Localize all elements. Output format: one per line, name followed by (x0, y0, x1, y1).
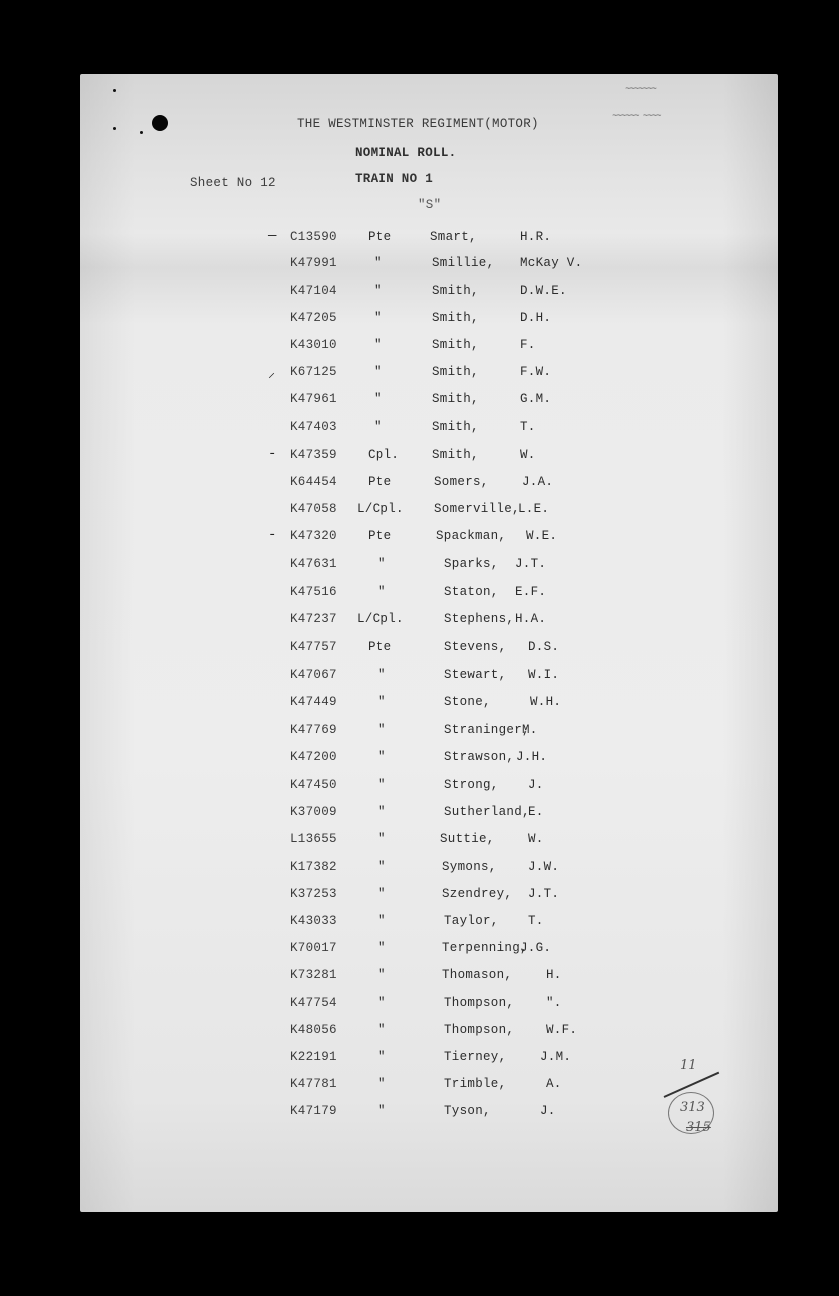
surname: Spackman, (436, 529, 506, 543)
surname: Symons, (442, 860, 497, 874)
roll-row: —C13590PteSmart,H.R. (0, 230, 839, 250)
service-number: K47359 (290, 448, 337, 462)
roll-row: K47991"Smillie,McKay V. (0, 256, 839, 276)
service-number: K47449 (290, 695, 337, 709)
rank: L/Cpl. (357, 502, 404, 516)
initials: W. (528, 832, 544, 846)
surname: Suttie, (440, 832, 495, 846)
rank: " (378, 996, 386, 1010)
roll-row: K43033"Taylor,T. (0, 914, 839, 934)
initials: T. (528, 914, 544, 928)
rank: " (374, 365, 382, 379)
service-number: K47991 (290, 256, 337, 270)
check-mark-icon: ⸝ (268, 363, 275, 382)
roll-row: K70017"Terpenning,J.G. (0, 941, 839, 961)
rank: Cpl. (368, 448, 399, 462)
speck (140, 131, 143, 134)
rank: " (374, 256, 382, 270)
service-number: K67125 (290, 365, 337, 379)
handwritten-note: ~~~~~~~ (625, 84, 656, 94)
initials: J.G. (520, 941, 551, 955)
service-number: K47058 (290, 502, 337, 516)
rank: " (374, 392, 382, 406)
service-number: C13590 (290, 230, 337, 244)
roll-row: K47516"Staton,E.F. (0, 585, 839, 605)
rank: " (374, 420, 382, 434)
initials: A. (546, 1077, 562, 1091)
initials: McKay V. (520, 256, 582, 270)
initials: W.E. (526, 529, 557, 543)
surname: Thompson, (444, 1023, 514, 1037)
roll-row: K47449"Stone,W.H. (0, 695, 839, 715)
surname: Szendrey, (442, 887, 512, 901)
roll-row: K47067"Stewart,W.I. (0, 668, 839, 688)
speck (113, 89, 116, 92)
rank: " (378, 805, 386, 819)
initials: J. (528, 778, 544, 792)
service-number: K73281 (290, 968, 337, 982)
rank: " (378, 750, 386, 764)
service-number: K47200 (290, 750, 337, 764)
surname: Smith, (432, 311, 479, 325)
rank: Pte (368, 475, 391, 489)
rank: " (378, 968, 386, 982)
initials: H. (546, 968, 562, 982)
initials: J.M. (540, 1050, 571, 1064)
service-number: K48056 (290, 1023, 337, 1037)
rank: " (378, 1104, 386, 1118)
service-number: K47781 (290, 1077, 337, 1091)
surname: Strawson, (444, 750, 514, 764)
rank: " (378, 557, 386, 571)
roll-row: K47403"Smith,T. (0, 420, 839, 440)
rank: " (378, 1023, 386, 1037)
surname: Thompson, (444, 996, 514, 1010)
service-number: K37009 (290, 805, 337, 819)
rank: " (378, 941, 386, 955)
check-mark-icon: - (268, 446, 276, 462)
roll-row: K47200"Strawson,J.H. (0, 750, 839, 770)
service-number: K47757 (290, 640, 337, 654)
pencil-tally-struck: 315 (686, 1120, 711, 1135)
speck (113, 127, 116, 130)
surname: Staton, (444, 585, 499, 599)
roll-row: K22191"Tierney,J.M. (0, 1050, 839, 1070)
check-mark-icon: - (268, 527, 276, 543)
surname: Terpenning, (442, 941, 528, 955)
rank: Pte (368, 640, 391, 654)
initials: J.W. (528, 860, 559, 874)
surname: Smith, (432, 365, 479, 379)
sheet-number: Sheet No 12 (190, 176, 276, 190)
service-number: K22191 (290, 1050, 337, 1064)
surname: Stone, (444, 695, 491, 709)
initials: W. (520, 448, 536, 462)
surname: Somers, (434, 475, 489, 489)
rank: " (378, 668, 386, 682)
roll-row: K17382"Symons,J.W. (0, 860, 839, 880)
service-number: L13655 (290, 832, 337, 846)
service-number: K47769 (290, 723, 337, 737)
initials: D.S. (528, 640, 559, 654)
surname: Strong, (444, 778, 499, 792)
initials: J.A. (522, 475, 553, 489)
surname: Smart, (430, 230, 477, 244)
surname: Taylor, (444, 914, 499, 928)
rank: " (378, 585, 386, 599)
service-number: K64454 (290, 475, 337, 489)
roll-row: K47754"Thompson,". (0, 996, 839, 1016)
initials: H.A. (515, 612, 546, 626)
service-number: K47179 (290, 1104, 337, 1118)
rank: " (378, 832, 386, 846)
roll-row: K37009"Sutherland,E. (0, 805, 839, 825)
handwritten-note: ~~~~~~ ~~~~ (612, 111, 660, 121)
service-number: K47516 (290, 585, 337, 599)
check-mark-icon: — (268, 228, 276, 244)
surname: Smillie, (432, 256, 494, 270)
rank: Pte (368, 230, 391, 244)
service-number: K47754 (290, 996, 337, 1010)
pencil-tally-top: 11 (680, 1058, 697, 1073)
roll-row: K48056"Thompson,W.F. (0, 1023, 839, 1043)
roll-row: K47058L/Cpl.Somerville,L.E. (0, 502, 839, 522)
rank: " (378, 1050, 386, 1064)
train-number: TRAIN NO 1 (355, 172, 433, 186)
surname: Stephens, (444, 612, 514, 626)
surname: Stevens, (444, 640, 506, 654)
roll-row: -K47359Cpl.Smith,W. (0, 448, 839, 468)
surname: Smith, (432, 284, 479, 298)
initials: W.H. (530, 695, 561, 709)
surname: Smith, (432, 420, 479, 434)
initials: J. (540, 1104, 556, 1118)
initials: J.T. (528, 887, 559, 901)
section-letter: "S" (418, 198, 441, 212)
service-number: K47320 (290, 529, 337, 543)
service-number: K47450 (290, 778, 337, 792)
roll-row: K47631"Sparks,J.T. (0, 557, 839, 577)
initials: T. (520, 420, 536, 434)
document-title: THE WESTMINSTER REGIMENT(MOTOR) (297, 117, 539, 131)
initials: G.M. (520, 392, 551, 406)
roll-row: K47237L/Cpl.Stephens,H.A. (0, 612, 839, 632)
rank: Pte (368, 529, 391, 543)
roll-row: K47450"Strong,J. (0, 778, 839, 798)
initials: E. (528, 805, 544, 819)
rank: " (374, 311, 382, 325)
roll-row: K64454PteSomers,J.A. (0, 475, 839, 495)
initials: J.H. (516, 750, 547, 764)
roll-row: K47104"Smith,D.W.E. (0, 284, 839, 304)
rank: " (378, 723, 386, 737)
roll-row: K47757PteStevens,D.S. (0, 640, 839, 660)
initials: J.T. (515, 557, 546, 571)
initials: D.H. (520, 311, 551, 325)
rank: " (378, 887, 386, 901)
surname: Sutherland, (444, 805, 530, 819)
rank: " (374, 284, 382, 298)
surname: Tierney, (444, 1050, 506, 1064)
surname: Smith, (432, 338, 479, 352)
surname: Tyson, (444, 1104, 491, 1118)
rank: " (378, 1077, 386, 1091)
rank: L/Cpl. (357, 612, 404, 626)
service-number: K47067 (290, 668, 337, 682)
service-number: K43010 (290, 338, 337, 352)
roll-row: K47961"Smith,G.M. (0, 392, 839, 412)
service-number: K47104 (290, 284, 337, 298)
surname: Trimble, (444, 1077, 506, 1091)
roll-row: K73281"Thomason,H. (0, 968, 839, 988)
service-number: K70017 (290, 941, 337, 955)
surname: Straninger, (444, 723, 530, 737)
service-number: K43033 (290, 914, 337, 928)
service-number: K47205 (290, 311, 337, 325)
surname: Stewart, (444, 668, 506, 682)
roll-row: K47205"Smith,D.H. (0, 311, 839, 331)
pencil-tally-bottom: 313 (680, 1100, 705, 1115)
rank: " (378, 914, 386, 928)
roll-row: ⸝K67125"Smith,F.W. (0, 365, 839, 385)
surname: Smith, (432, 392, 479, 406)
rank: " (374, 338, 382, 352)
punch-hole (152, 115, 168, 131)
roll-row: -K47320PteSpackman,W.E. (0, 529, 839, 549)
document-subtitle: NOMINAL ROLL. (355, 146, 456, 160)
initials: L.E. (518, 502, 549, 516)
initials: ". (546, 996, 562, 1010)
service-number: K47403 (290, 420, 337, 434)
rank: " (378, 860, 386, 874)
surname: Sparks, (444, 557, 499, 571)
initials: F. (520, 338, 536, 352)
roll-row: L13655"Suttie,W. (0, 832, 839, 852)
surname: Thomason, (442, 968, 512, 982)
service-number: K47961 (290, 392, 337, 406)
surname: Somerville, (434, 502, 520, 516)
roll-row: K47781"Trimble,A. (0, 1077, 839, 1097)
surname: Smith, (432, 448, 479, 462)
service-number: K47237 (290, 612, 337, 626)
initials: D.W.E. (520, 284, 567, 298)
service-number: K17382 (290, 860, 337, 874)
service-number: K37253 (290, 887, 337, 901)
initials: M. (522, 723, 538, 737)
roll-row: K47769"Straninger,M. (0, 723, 839, 743)
rank: " (378, 778, 386, 792)
service-number: K47631 (290, 557, 337, 571)
initials: W.F. (546, 1023, 577, 1037)
initials: F.W. (520, 365, 551, 379)
initials: H.R. (520, 230, 551, 244)
roll-row: K43010"Smith,F. (0, 338, 839, 358)
roll-row: K37253"Szendrey,J.T. (0, 887, 839, 907)
rank: " (378, 695, 386, 709)
initials: E.F. (515, 585, 546, 599)
initials: W.I. (528, 668, 559, 682)
